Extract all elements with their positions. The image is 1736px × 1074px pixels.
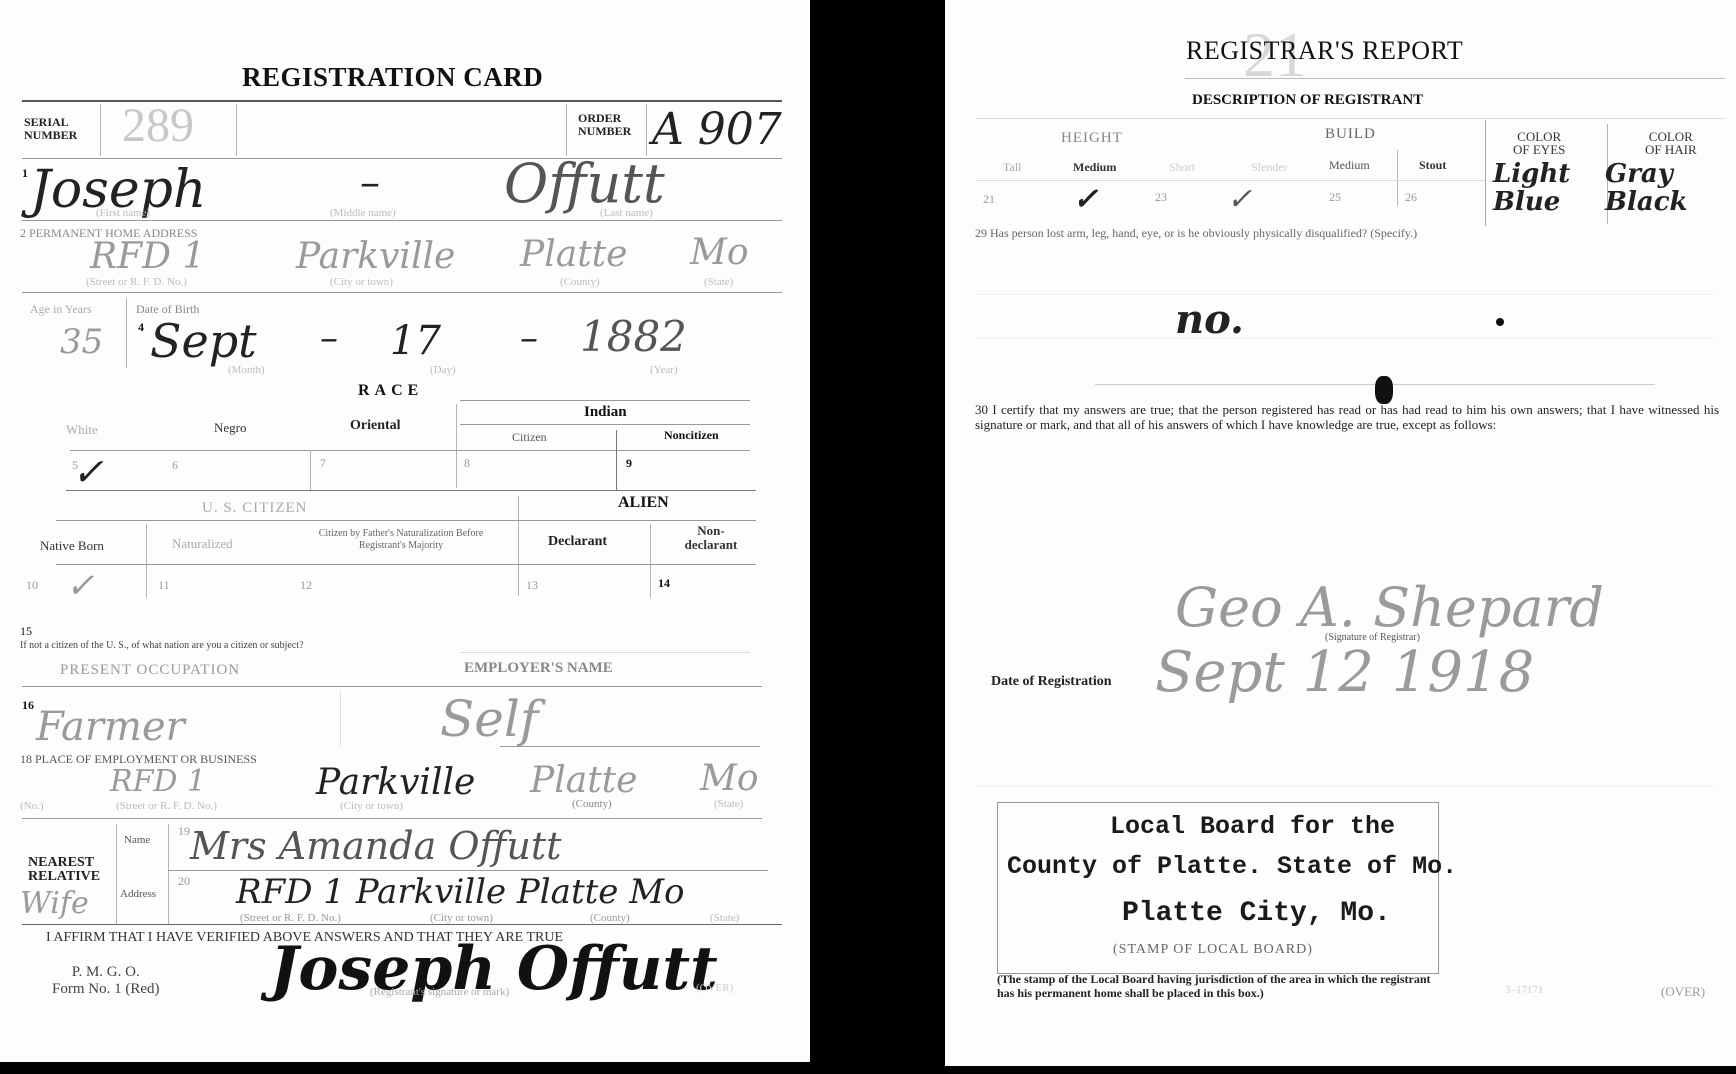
order-number-label: ORDER NUMBER: [578, 112, 631, 138]
card-title: REGISTRATION CARD: [242, 62, 543, 93]
home-county-value: Platte: [520, 234, 627, 275]
question-29: 29 Has person lost arm, leg, hand, eye, …: [975, 226, 1715, 240]
ink-blot: [1375, 376, 1393, 404]
relationship-note: Wife: [20, 886, 89, 921]
question-30-certification: 30 I certify that my answers are true; t…: [975, 402, 1719, 432]
race-heading: RACE: [358, 382, 423, 400]
occupation-label: PRESENT OCCUPATION: [60, 662, 240, 679]
description-heading: DESCRIPTION OF REGISTRANT: [1192, 92, 1423, 109]
field15-label: If not a citizen of the U. S., of what n…: [20, 640, 304, 651]
stamp-instruction: (The stamp of the Local Board having jur…: [997, 972, 1437, 1000]
home-street-value: RFD 1: [90, 236, 205, 277]
serial-number-value: 289: [122, 98, 194, 153]
dob-month-value: Sept: [150, 314, 257, 368]
date-of-registration-value: Sept 12 1918: [1155, 640, 1534, 705]
relative-address-value: RFD 1 Parkville Platte Mo: [236, 872, 685, 912]
employer-label: EMPLOYER'S NAME: [464, 660, 613, 677]
last-name-value: Offutt: [504, 152, 665, 215]
age-label: Age in Years: [30, 302, 92, 317]
stamp-line-3: Platte City, Mo.: [1122, 898, 1391, 929]
eye-color-value: Light Blue: [1493, 160, 1570, 216]
over-mark: (OVER): [1661, 984, 1705, 1000]
hair-color-value: Gray Black: [1605, 160, 1688, 216]
stamp-line-2: County of Platte. State of Mo.: [1007, 852, 1457, 881]
age-value: 35: [60, 322, 103, 362]
employment-street-value: RFD 1: [110, 764, 206, 799]
native-born-mark: ✓: [66, 566, 95, 606]
registrar-signature: Geo A. Shepard: [1175, 576, 1604, 639]
registrars-report-card: 21 REGISTRAR'S REPORT DESCRIPTION OF REG…: [945, 0, 1736, 1066]
dob-day-value: 17: [390, 318, 441, 364]
build-slender-mark: ✓: [1227, 182, 1252, 217]
height-medium-mark: ✓: [1073, 182, 1098, 217]
home-city-value: Parkville: [296, 236, 455, 277]
employment-county-value: Platte: [530, 760, 637, 801]
middle-name-value: –: [360, 160, 380, 206]
relative-name-value: Mrs Amanda Offutt: [190, 824, 561, 868]
question-29-answer: no.: [1175, 296, 1244, 343]
registration-card: REGISTRATION CARD SERIAL NUMBER 289 ORDE…: [0, 0, 810, 1062]
race-white-mark: ✓: [72, 450, 104, 494]
eye-color-heading: COLOR OF EYES: [1513, 130, 1565, 156]
nearest-relative-label: NEAREST RELATIVE: [28, 856, 100, 884]
employer-value: Self: [440, 690, 538, 748]
hair-color-heading: COLOR OF HAIR: [1645, 130, 1697, 156]
occupation-value: Farmer: [36, 704, 185, 750]
employment-state-value: Mo: [700, 758, 759, 799]
stamp-line-1: Local Board for the: [1110, 812, 1395, 841]
form-id: P. M. G. O. Form No. 1 (Red): [52, 964, 160, 998]
dob-year-value: 1882: [580, 312, 687, 361]
ink-dot: [1496, 318, 1504, 326]
order-number-value: A 907: [652, 104, 782, 155]
employment-city-value: Parkville: [316, 762, 475, 803]
report-title: REGISTRAR'S REPORT: [1186, 36, 1463, 66]
date-of-registration-label: Date of Registration: [991, 674, 1112, 690]
serial-number-label: SERIAL NUMBER: [24, 116, 77, 142]
stamp-caption: (STAMP OF LOCAL BOARD): [1113, 942, 1313, 958]
home-state-value: Mo: [690, 232, 749, 273]
